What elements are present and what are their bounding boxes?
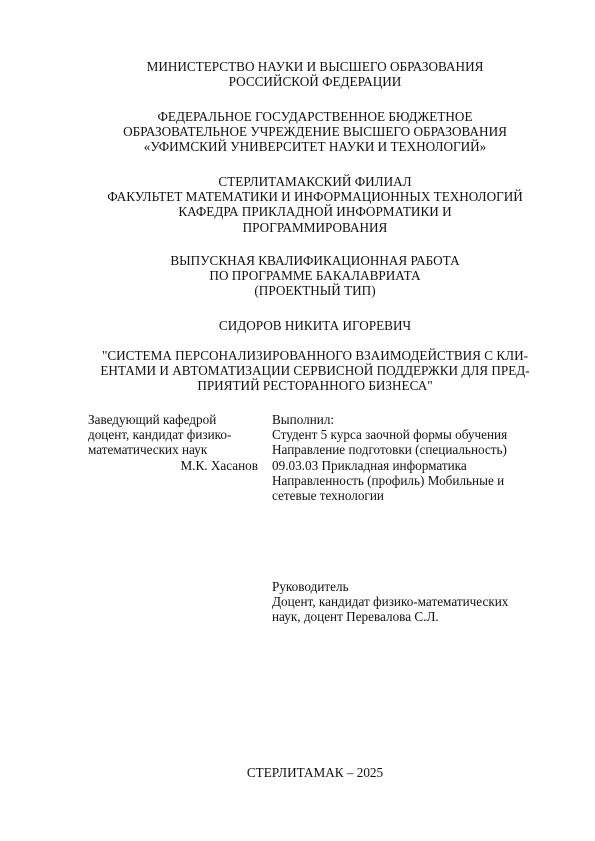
title-line: "СИСТЕМА ПЕРСОНАЛИЗИРОВАННОГО ВЗАИМОДЕЙС… (78, 348, 552, 363)
performer-line: сетевые технологии (272, 488, 507, 503)
faculty-line: ПРОГРАММИРОВАНИЯ (78, 220, 552, 235)
work-type-line: ПО ПРОГРАММЕ БАКАЛАВРИАТА (78, 268, 552, 283)
performer-line: 09.03.03 Прикладная информатика (272, 458, 507, 473)
performer-block: Выполнил: Студент 5 курса заочной формы … (272, 412, 507, 503)
faculty-header: СТЕРЛИТАМАКСКИЙ ФИЛИАЛ ФАКУЛЬТЕТ МАТЕМАТ… (78, 174, 552, 235)
performer-line: Направленность (профиль) Мобильные и (272, 473, 507, 488)
ministry-line: МИНИСТЕРСТВО НАУКИ И ВЫСШЕГО ОБРАЗОВАНИЯ (78, 59, 552, 74)
work-type-line: ВЫПУСКНАЯ КВАЛИФИКАЦИОННАЯ РАБОТА (78, 253, 552, 268)
faculty-line: КАФЕДРА ПРИКЛАДНОЙ ИНФОРМАТИКИ И (78, 204, 552, 219)
author-name: СИДОРОВ НИКИТА ИГОРЕВИЧ (78, 318, 552, 333)
institution-line: ОБРАЗОВАТЕЛЬНОЕ УЧРЕЖДЕНИЕ ВЫСШЕГО ОБРАЗ… (78, 124, 552, 139)
city-year-line: СТЕРЛИТАМАК – 2025 (78, 765, 552, 780)
head-of-department-block: Заведующий кафедрой доцент, кандидат физ… (88, 412, 258, 473)
title-line: ПРИЯТИЙ РЕСТОРАННОГО БИЗНЕСА" (78, 378, 552, 393)
city-year: СТЕРЛИТАМАК – 2025 (78, 765, 552, 780)
head-dept-line: доцент, кандидат физико- (88, 427, 258, 442)
ministry-line: РОССИЙСКОЙ ФЕДЕРАЦИИ (78, 74, 552, 89)
supervisor-block: Руководитель Доцент, кандидат физико-мат… (272, 579, 508, 625)
faculty-line: ФАКУЛЬТЕТ МАТЕМАТИКИ И ИНФОРМАЦИОННЫХ ТЕ… (78, 189, 552, 204)
performer-line: Студент 5 курса заочной формы обучения (272, 427, 507, 442)
head-dept-line: Заведующий кафедрой (88, 412, 258, 427)
performer-line: Выполнил: (272, 412, 507, 427)
work-type: ВЫПУСКНАЯ КВАЛИФИКАЦИОННАЯ РАБОТА ПО ПРО… (78, 253, 552, 299)
institution-line: «УФИМСКИЙ УНИВЕРСИТЕТ НАУКИ И ТЕХНОЛОГИЙ… (78, 139, 552, 154)
institution-header: ФЕДЕРАЛЬНОЕ ГОСУДАРСТВЕННОЕ БЮДЖЕТНОЕ ОБ… (78, 109, 552, 155)
ministry-header: МИНИСТЕРСТВО НАУКИ И ВЫСШЕГО ОБРАЗОВАНИЯ… (78, 59, 552, 89)
supervisor-line: Руководитель (272, 579, 508, 594)
author-line: СИДОРОВ НИКИТА ИГОРЕВИЧ (78, 318, 552, 333)
performer-line: Направление подготовки (специальность) (272, 442, 507, 457)
thesis-title: "СИСТЕМА ПЕРСОНАЛИЗИРОВАННОГО ВЗАИМОДЕЙС… (78, 348, 552, 394)
head-dept-line: математических наук (88, 442, 258, 457)
supervisor-line: Доцент, кандидат физико-математических (272, 594, 508, 609)
head-dept-name: М.К. Хасанов (88, 458, 258, 473)
supervisor-line: наук, доцент Перевалова С.Л. (272, 609, 508, 624)
title-line: ЕНТАМИ И АВТОМАТИЗАЦИИ СЕРВИСНОЙ ПОДДЕРЖ… (78, 363, 552, 378)
work-type-line: (ПРОЕКТНЫЙ ТИП) (78, 283, 552, 298)
institution-line: ФЕДЕРАЛЬНОЕ ГОСУДАРСТВЕННОЕ БЮДЖЕТНОЕ (78, 109, 552, 124)
faculty-line: СТЕРЛИТАМАКСКИЙ ФИЛИАЛ (78, 174, 552, 189)
